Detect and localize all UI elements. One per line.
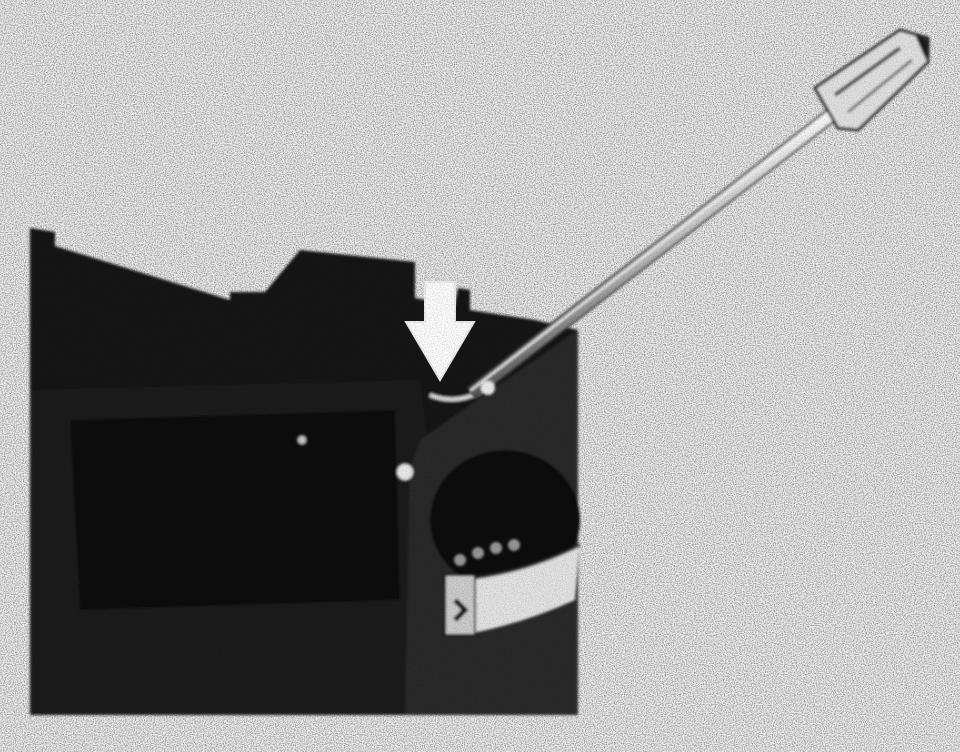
photo [0,0,960,752]
